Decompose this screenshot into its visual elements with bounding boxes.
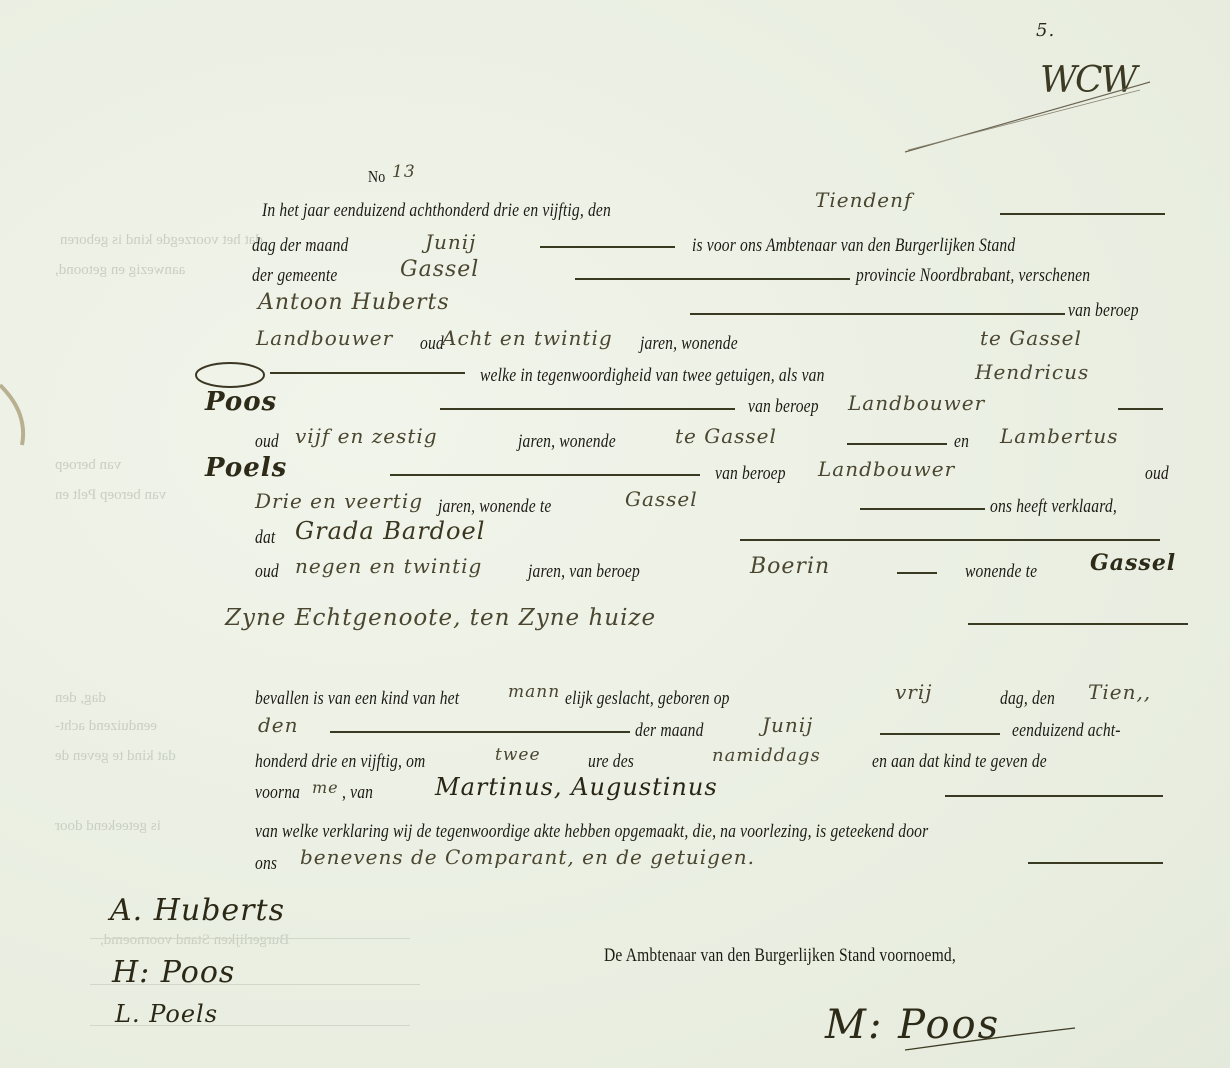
signature-line bbox=[90, 938, 410, 939]
bleed-through-text: dat het voorzegde kind is geboren bbox=[60, 232, 263, 249]
signature-flourish bbox=[900, 1020, 1080, 1060]
fill-line bbox=[880, 733, 1000, 735]
fill-line bbox=[540, 246, 675, 248]
handwritten-child-names: Martinus, Augustinus bbox=[435, 773, 718, 801]
handwritten-witness-2-surname: Poels bbox=[205, 453, 287, 483]
fill-line bbox=[330, 731, 630, 733]
printed-text: dag, den bbox=[1000, 688, 1055, 710]
handwritten-month: Junij bbox=[425, 230, 476, 254]
page-number: 5. bbox=[1036, 20, 1055, 41]
printed-text: oud bbox=[255, 561, 279, 583]
bleed-through-text: is geteekend door bbox=[55, 818, 161, 835]
printed-text: , van bbox=[342, 782, 373, 804]
printed-text: ons bbox=[255, 853, 277, 875]
printed-text: bevallen is van een kind van het bbox=[255, 688, 459, 710]
bleed-through-text: dag, den bbox=[55, 690, 106, 707]
fill-line bbox=[1118, 408, 1163, 410]
handwritten-witness-1-occupation: Landbouwer bbox=[848, 391, 985, 415]
printed-text: jaren, wonende bbox=[640, 333, 738, 355]
fill-line bbox=[945, 795, 1163, 797]
handwritten-mother-residence: Gassel bbox=[1090, 550, 1176, 576]
printed-text: ure des bbox=[588, 751, 634, 773]
handwritten-witness-1-residence: te Gassel bbox=[675, 424, 777, 448]
handwritten-age: Acht en twintig bbox=[442, 326, 613, 350]
handwritten-declarant-name: Antoon Huberts bbox=[258, 290, 450, 315]
handwritten-witness-2-occupation: Landbouwer bbox=[818, 457, 955, 481]
printed-text: oud bbox=[1145, 463, 1169, 485]
printed-text: jaren, van beroep bbox=[528, 561, 640, 583]
handwritten-witness-2-residence: Gassel bbox=[625, 487, 698, 511]
signature-witness-2: L. Poels bbox=[115, 1000, 218, 1028]
initials-underline bbox=[900, 70, 1160, 160]
bleed-through-text: aanwezig en getoond, bbox=[55, 262, 185, 279]
printed-text: ons heeft verklaard, bbox=[990, 496, 1117, 518]
printed-text: dag der maand bbox=[252, 235, 348, 257]
handwritten-residence: te Gassel bbox=[980, 326, 1082, 350]
fill-line bbox=[440, 408, 735, 410]
fill-line bbox=[1000, 213, 1165, 215]
fill-line bbox=[575, 278, 850, 280]
handwritten-witness-1-surname: Poos bbox=[205, 387, 277, 417]
printed-text: elijk geslacht, geboren op bbox=[565, 688, 730, 710]
printed-text: en aan dat kind te geven de bbox=[872, 751, 1047, 773]
bleed-through-text: Burgerlijken Stand voornoemd, bbox=[100, 932, 289, 949]
handwritten-witness-1-firstname: Hendricus bbox=[975, 360, 1089, 384]
printed-text: provincie Noordbrabant, verschenen bbox=[856, 265, 1090, 287]
handwritten-mother-occupation: Boerin bbox=[750, 554, 830, 579]
printed-text: is voor ons Ambtenaar van den Burgerlijk… bbox=[692, 235, 1015, 257]
printed-text: oud bbox=[255, 431, 279, 453]
printed-text: jaren, wonende te bbox=[438, 496, 551, 518]
handwritten-mother-age: negen en twintig bbox=[295, 554, 482, 578]
printed-text: dat bbox=[255, 527, 275, 549]
handwritten-day: Tiendenf bbox=[815, 188, 912, 212]
printed-text: der maand bbox=[635, 720, 704, 742]
handwritten-name-suffix: me bbox=[312, 778, 339, 797]
handwritten-witness-2-age: Drie en veertig bbox=[255, 489, 423, 513]
official-closing-text: De Ambtenaar van den Burgerlijken Stand … bbox=[604, 945, 956, 967]
fill-line bbox=[740, 539, 1160, 541]
fill-line bbox=[847, 443, 947, 445]
printed-text: wonende te bbox=[965, 561, 1037, 583]
printed-text: welke in tegenwoordigheid van twee getui… bbox=[480, 365, 825, 387]
printed-text: In het jaar eenduizend achthonderd drie … bbox=[262, 200, 611, 222]
printed-text: voorna bbox=[255, 782, 300, 804]
printed-text: van beroep bbox=[748, 396, 819, 418]
fill-line bbox=[1028, 862, 1163, 864]
fill-line bbox=[690, 313, 1065, 315]
bleed-through-text: van beroep Pelt en bbox=[55, 487, 166, 504]
bleed-through-text: dat kind te geven de bbox=[55, 748, 176, 765]
birth-certificate-page: dat het voorzegde kind is geboren aanwez… bbox=[0, 0, 1230, 1068]
fill-line bbox=[897, 572, 937, 574]
printed-text: jaren, wonende bbox=[518, 431, 616, 453]
handwritten-birth-day-cont: den bbox=[258, 713, 299, 737]
bleed-through-text: eenduizend acht- bbox=[55, 718, 157, 735]
signature-declarant: A. Huberts bbox=[110, 893, 285, 928]
printed-text: van welke verklaring wij de tegenwoordig… bbox=[255, 821, 928, 843]
bleed-through-text: van beroep bbox=[55, 457, 121, 474]
printed-text: honderd drie en vijftig, om bbox=[255, 751, 425, 773]
handwritten-witness-1-age: vijf en zestig bbox=[295, 424, 438, 448]
handwritten-gender: mann bbox=[508, 682, 560, 702]
handwritten-witness-2-firstname: Lambertus bbox=[1000, 424, 1119, 448]
handwritten-time-of-day: namiddags bbox=[712, 745, 821, 766]
handwritten-mother-name: Grada Bardoel bbox=[295, 517, 485, 545]
printed-text: oud bbox=[420, 333, 444, 355]
handwritten-birth-day: Tien,, bbox=[1088, 680, 1151, 704]
handwritten-birth-month: Junij bbox=[762, 713, 813, 737]
fill-line bbox=[860, 508, 985, 510]
handwritten-occupation: Landbouwer bbox=[256, 326, 393, 350]
handwritten-signing-note: benevens de Comparant, en de getuigen. bbox=[300, 845, 755, 869]
signature-witness-1: H: Poos bbox=[112, 955, 235, 990]
printed-text: eenduizend acht- bbox=[1012, 720, 1121, 742]
handwritten-birth-hour: twee bbox=[495, 745, 541, 765]
handwritten-relationship: Zyne Echtgenoote, ten Zyne huize bbox=[225, 605, 656, 631]
fill-line bbox=[390, 474, 700, 476]
record-number-label: No bbox=[368, 167, 385, 187]
binding-thread bbox=[0, 380, 40, 450]
printed-text: van beroep bbox=[715, 463, 786, 485]
printed-text: der gemeente bbox=[252, 265, 337, 287]
record-number: 13 bbox=[392, 162, 416, 182]
printed-text: en bbox=[954, 431, 969, 453]
handwritten-municipality: Gassel bbox=[400, 257, 479, 282]
handwritten-weekday: vrij bbox=[895, 680, 932, 704]
printed-text: van beroep bbox=[1068, 300, 1139, 322]
fill-line bbox=[968, 623, 1188, 625]
